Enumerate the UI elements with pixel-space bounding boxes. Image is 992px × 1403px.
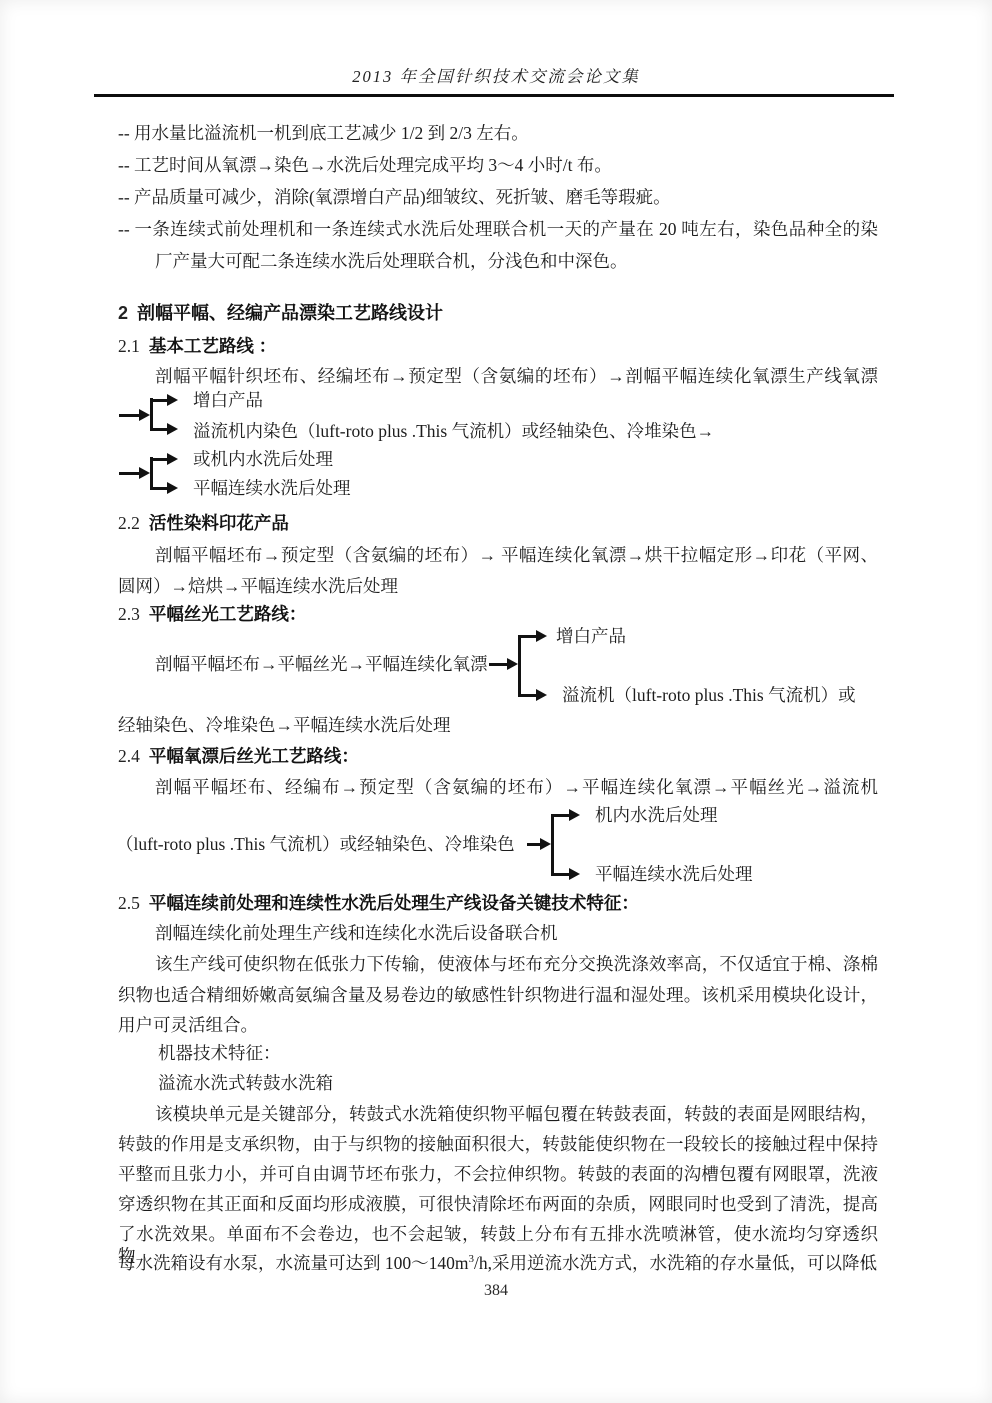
s25-line-3: 织物也适合精细娇嫩高氨编含量及易卷边的敏感性针织物进行温和湿处理。该机采用模块化… bbox=[118, 984, 878, 1006]
bullet-line-1: -- 用水量比溢流机一机到底工艺减少 1/2 到 2/3 左右。 bbox=[118, 122, 529, 144]
arrow-right-icon bbox=[139, 409, 150, 421]
arrow-right-icon bbox=[569, 809, 580, 821]
arrow-right-icon bbox=[167, 482, 178, 494]
arrow-right-icon bbox=[540, 838, 551, 850]
section-2-2-heading: 2.2活性染料印花产品 bbox=[118, 512, 289, 534]
arrow-right-icon bbox=[536, 630, 547, 642]
flow-entry-line bbox=[119, 414, 140, 417]
s23-fork-branch-top: 增白产品 bbox=[556, 625, 626, 647]
flow-branch-line bbox=[551, 814, 570, 817]
bullet-line-2: -- 工艺时间从氧漂→染色→水洗后处理完成平均 3～4 小时/t 布。 bbox=[118, 154, 612, 176]
s25-line-9: 平整而且张力小，并可自由调节坯布张力，不会拉伸织物。转鼓的表面的沟槽包覆有网眼罩… bbox=[118, 1163, 878, 1185]
s25-line-1: 剖幅连续化前处理生产线和连续化水洗后设备联合机 bbox=[155, 922, 558, 944]
arrow-right-icon bbox=[167, 394, 178, 406]
s25-line-7: 该模块单元是关键部分，转鼓式水洗箱使织物平幅包覆在转鼓表面，转鼓的表面是网眼结构… bbox=[155, 1103, 878, 1125]
paper-page: 2013 年全国针织技术交流会论文集 -- 用水量比溢流机一机到底工艺减少 1/… bbox=[0, 0, 992, 1403]
flow-entry-line bbox=[489, 663, 508, 666]
arrow-right-icon bbox=[167, 423, 178, 435]
flow-rate-text-post: /h,采用逆流水洗方式，水洗箱的存水量低，可以降低 bbox=[474, 1253, 877, 1273]
s24-fork-branch-bottom: 平幅连续水洗后处理 bbox=[595, 863, 753, 885]
section-2-3-number: 2.3 bbox=[118, 604, 140, 624]
flow-fork-stem bbox=[150, 398, 153, 431]
bullet-line-4: -- 一条连续式前处理机和一条连续式水洗后处理联合机一天的产量在 20 吨左右，… bbox=[118, 218, 878, 240]
section-2-5-heading: 2.5平幅连续前处理和连续性水洗后处理生产线设备关键技术特征： bbox=[118, 892, 639, 914]
flow-branch-line bbox=[150, 458, 168, 461]
s23-fork-branch-bottom: 溢流机（luft-roto plus .This 气流机）或 bbox=[562, 684, 856, 706]
flow-branch-line bbox=[518, 694, 537, 697]
flow-entry-line bbox=[119, 472, 140, 475]
flow-fork-stem bbox=[150, 457, 153, 490]
s25-line-4: 用户可灵活组合。 bbox=[118, 1014, 258, 1036]
s25-line-12: 每水洗箱设有水泵，水流量可达到 100～140m3/h,采用逆流水洗方式，水洗箱… bbox=[118, 1252, 877, 1274]
section-2-3-heading: 2.3平幅丝光工艺路线： bbox=[118, 603, 306, 625]
page-number: 384 bbox=[0, 1282, 992, 1300]
flow-branch-line bbox=[518, 635, 537, 638]
s25-line-5: 机器技术特征： bbox=[158, 1042, 281, 1064]
page-header-title: 2013 年全国针织技术交流会论文集 bbox=[0, 63, 992, 87]
s24-process-line-1: 剖幅平幅坯布、经编布→预定型（含氨编的坯布）→平幅连续化氧漂→平幅丝光→溢流机 bbox=[155, 776, 878, 798]
section-2-heading: 2剖幅平幅、经编产品漂染工艺路线设计 bbox=[118, 302, 443, 324]
s21-fork2-branch-bottom: 平幅连续水洗后处理 bbox=[193, 477, 351, 499]
flow-fork-stem bbox=[518, 635, 521, 697]
flow-branch-line bbox=[551, 873, 570, 876]
s22-process-line-2: 圆网）→焙烘→平幅连续水洗后处理 bbox=[118, 575, 398, 597]
flow-branch-line bbox=[150, 399, 168, 402]
flow-branch-line bbox=[150, 487, 168, 490]
section-2-2-title: 活性染料印花产品 bbox=[149, 513, 289, 533]
s21-process-line: 剖幅平幅针织坯布、经编坯布→预定型（含氨编的坯布）→剖幅平幅连续化氧漂生产线氧漂 bbox=[155, 365, 878, 387]
section-2-4-heading: 2.4平幅氧漂后丝光工艺路线： bbox=[118, 745, 359, 767]
section-2-3-title: 平幅丝光工艺路线： bbox=[149, 604, 307, 624]
section-2-title: 剖幅平幅、经编产品漂染工艺路线设计 bbox=[137, 303, 443, 323]
flow-fork-stem bbox=[551, 814, 554, 876]
section-2-number: 2 bbox=[118, 303, 128, 323]
flow-rate-text-pre: 每水洗箱设有水泵，水流量可达到 100～140m bbox=[118, 1253, 469, 1273]
arrow-right-icon bbox=[569, 868, 580, 880]
arrow-right-icon bbox=[139, 467, 150, 479]
flow-branch-line bbox=[150, 428, 168, 431]
s25-line-2: 该生产线可使织物在低张力下传输，使液体与坯布充分交换洗涤效率高，不仅适宜于棉、涤… bbox=[155, 953, 878, 975]
section-2-1-heading: 2.1基本工艺路线 ： bbox=[118, 335, 276, 357]
s24-fork-branch-top: 机内水洗后处理 bbox=[595, 804, 718, 826]
s23-continuation-line: 经轴染色、冷堆染色→平幅连续水洗后处理 bbox=[118, 714, 451, 736]
arrow-right-icon bbox=[167, 453, 178, 465]
bullet-line-4-continued: 厂产量大可配二条连续水洗后处理联合机，分浅色和中深色。 bbox=[155, 250, 628, 272]
section-2-4-title: 平幅氧漂后丝光工艺路线： bbox=[149, 746, 359, 766]
s25-line-6: 溢流水洗式转鼓水洗箱 bbox=[158, 1072, 333, 1094]
section-2-1-number: 2.1 bbox=[118, 336, 140, 356]
section-2-5-number: 2.5 bbox=[118, 893, 140, 913]
bullet-line-3: -- 产品质量可减少，消除(氧漂增白产品)细皱纹、死折皱、磨毛等瑕疵。 bbox=[118, 186, 671, 208]
section-2-1-title: 基本工艺路线 ： bbox=[149, 336, 276, 356]
arrow-right-icon bbox=[507, 658, 518, 670]
arrow-right-icon bbox=[536, 689, 547, 701]
s21-fork2-branch-top: 或机内水洗后处理 bbox=[193, 448, 333, 470]
s21-fork1-branch-top: 增白产品 bbox=[193, 389, 263, 411]
s25-line-8: 转鼓的作用是支承织物，由于与织物的接触面积很大，转鼓能使织物在一段较长的接触过程… bbox=[118, 1133, 878, 1155]
s21-fork1-branch-bottom: 溢流机内染色（luft-roto plus .This 气流机）或经轴染色、冷堆… bbox=[193, 420, 714, 442]
s22-process-line-1: 剖幅平幅坯布→预定型（含氨编的坯布）→ 平幅连续化氧漂→烘干拉幅定形→印花（平网… bbox=[155, 544, 878, 566]
section-2-5-title: 平幅连续前处理和连续性水洗后处理生产线设备关键技术特征： bbox=[149, 893, 639, 913]
s25-line-10: 穿透织物在其正面和反面均形成液膜，可很快清除坯布两面的杂质，网眼同时也受到了清洗… bbox=[118, 1193, 878, 1215]
section-2-4-number: 2.4 bbox=[118, 746, 140, 766]
header-rule bbox=[94, 94, 894, 97]
s24-process-line-2: （luft-roto plus .This 气流机）或经轴染色、冷堆染色 bbox=[116, 833, 515, 855]
section-2-2-number: 2.2 bbox=[118, 513, 140, 533]
flow-entry-line bbox=[527, 843, 541, 846]
s23-process-line: 剖幅平幅坯布→平幅丝光→平幅连续化氧漂 bbox=[155, 653, 488, 675]
